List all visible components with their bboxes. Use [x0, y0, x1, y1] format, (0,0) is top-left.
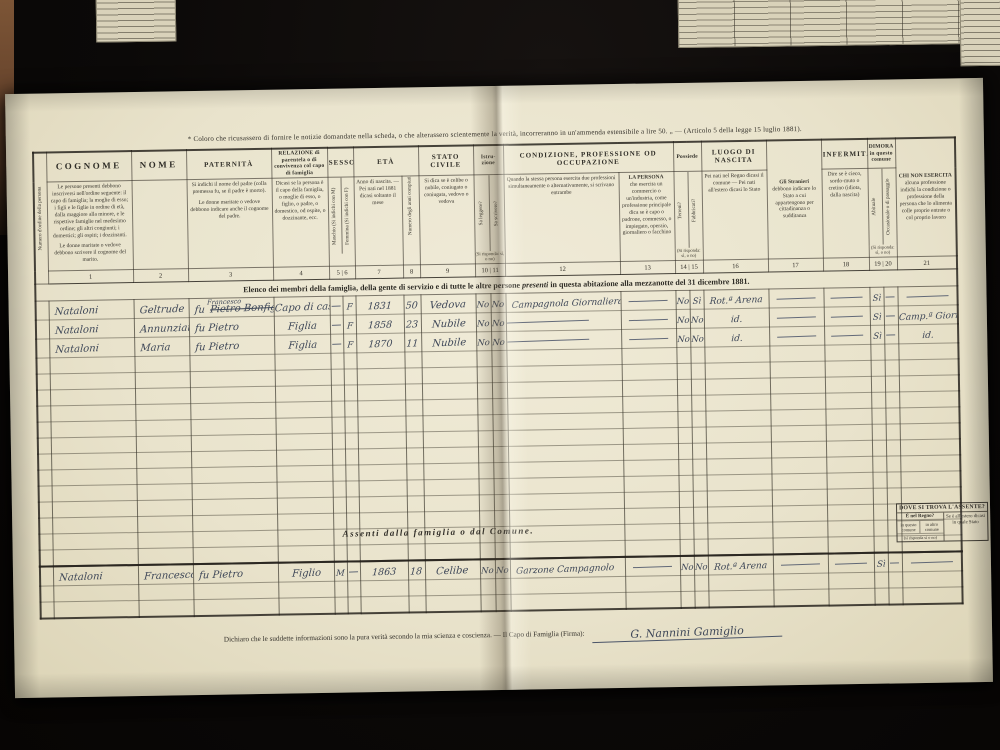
cell: [37, 374, 50, 390]
cell: [769, 307, 824, 327]
cell: Sì: [870, 325, 884, 344]
cell: [360, 580, 408, 597]
cell: [478, 431, 493, 447]
cell: [771, 457, 826, 474]
cell: [190, 386, 275, 403]
cell: [36, 358, 49, 374]
cell: [408, 596, 425, 613]
cell: [425, 595, 480, 612]
cell: [705, 394, 770, 411]
cell: [49, 357, 134, 374]
cell: [360, 596, 408, 613]
cell: [693, 491, 707, 507]
cell: [507, 412, 622, 430]
cell: [193, 582, 278, 599]
cell: [479, 479, 494, 495]
cell: [885, 392, 899, 408]
cell: [345, 465, 358, 481]
cell: [406, 432, 423, 448]
cell: [38, 438, 51, 454]
cell: [886, 456, 900, 472]
cell: [357, 400, 405, 417]
cell: [332, 433, 345, 449]
cell: [138, 600, 193, 617]
cell: 23: [404, 314, 421, 333]
cell: [492, 398, 507, 414]
cell: [477, 415, 492, 431]
cell: [52, 485, 137, 502]
cell: 50: [403, 295, 420, 314]
cell: [900, 439, 960, 456]
cell: fu Pietro: [189, 335, 274, 355]
cell: [333, 481, 346, 497]
cell: [900, 471, 960, 488]
column-number: 17: [768, 258, 823, 272]
cell: Figlia: [274, 334, 330, 354]
cell: [136, 452, 191, 469]
column-header-chi-non-esercita: CHI NON ESERCITAalcuna professione indic…: [895, 137, 957, 256]
cell: [359, 480, 407, 497]
cell: [707, 490, 772, 507]
cell: [871, 408, 885, 424]
cell: [275, 385, 331, 402]
head-of-family-signature: G. Nannini Gamiglio: [592, 623, 782, 643]
column-number: 9: [420, 264, 475, 278]
cell: [691, 379, 705, 395]
cell: [278, 581, 334, 598]
cell: 1858: [356, 314, 404, 334]
cell: [824, 325, 870, 345]
cell: No: [476, 332, 491, 351]
column-header-relazione: RELAZIONE di parentela o di convivenza c…: [271, 148, 327, 179]
cell: [625, 592, 680, 609]
cell: [190, 370, 275, 387]
cell: [886, 424, 900, 440]
cell: [35, 301, 48, 320]
column-desc-stato-civile: Si dica se è celibe o nubile, coniugato …: [418, 175, 474, 265]
cell: [334, 597, 347, 614]
cell: Celibe: [425, 559, 480, 579]
column-desc-nome: [132, 180, 188, 270]
column-number: 16: [703, 259, 768, 273]
cell: [620, 291, 675, 311]
cell: No: [676, 328, 690, 347]
cell: [622, 364, 677, 381]
cell: No: [480, 559, 495, 579]
cell: [677, 363, 691, 379]
cell: [278, 597, 334, 614]
cell: Rot.ª Arena: [703, 289, 768, 309]
cell: [422, 399, 477, 416]
column-sub-anno-nascita: Anno di nascita. — Pei nati nel 1881 dic…: [354, 176, 403, 265]
cell: [902, 571, 962, 588]
column-desc-relazione: Dicasi se la persona è il capo della fam…: [271, 178, 328, 268]
cell: [871, 360, 885, 376]
absent-location-box: DOVE SI TROVA L'ASSENTE? È nel Regno? in…: [896, 502, 989, 543]
cell: [824, 344, 870, 361]
cell: [51, 453, 136, 470]
cell: [37, 406, 50, 422]
cell: [406, 464, 423, 480]
cell: [344, 369, 357, 385]
cell: [480, 579, 495, 595]
cell: 18: [408, 560, 425, 580]
cell: No: [495, 559, 510, 579]
cell: [902, 587, 962, 604]
column-desc-luogo-nascita: Pei nati nel Regno dicasi il comune — Pe…: [701, 170, 767, 260]
cell: [691, 395, 705, 411]
cell: Nubile: [421, 313, 476, 333]
cell: [692, 459, 706, 475]
cell: [51, 421, 136, 438]
column-desc-infermita: Dire se è cieco, sordo-muto o cretino (i…: [821, 169, 868, 258]
cell: [873, 488, 887, 504]
cell: [480, 595, 495, 612]
cell: [50, 389, 135, 406]
cell: [39, 502, 52, 518]
cell: [358, 432, 406, 449]
cell: No: [490, 293, 505, 312]
declaration-line: Dichiaro che le suddette informazioni so…: [14, 621, 992, 651]
cell: [344, 385, 357, 401]
cell: [275, 369, 331, 386]
cell: Rot.ª Arena: [708, 554, 773, 575]
cell: [330, 315, 343, 334]
column-sub-dimora: AbitualeOccasionale o di passaggio (Si r…: [867, 168, 896, 257]
cell: [768, 288, 823, 308]
cell: [900, 455, 960, 472]
cell: [191, 466, 276, 483]
cell: [507, 396, 622, 414]
cell: id.: [898, 324, 958, 344]
cell: [408, 544, 425, 561]
cell: [40, 566, 53, 586]
cell: [358, 448, 406, 465]
cell: Geltrude: [133, 299, 188, 319]
cell: [871, 376, 885, 392]
cell: [624, 508, 679, 525]
cell: F: [343, 334, 356, 353]
column-number: 2: [133, 269, 188, 283]
cell: M: [334, 562, 347, 582]
cell: [330, 353, 343, 369]
cell: No: [675, 290, 689, 309]
cell: [769, 345, 824, 362]
cell: [50, 373, 135, 390]
cell: [705, 378, 770, 395]
cell: [826, 440, 872, 457]
cell: [827, 488, 873, 505]
cell: [898, 343, 958, 360]
cell: [492, 366, 507, 382]
cell: [425, 579, 480, 596]
cell: Figlio: [278, 562, 334, 582]
cell: Francesco: [138, 564, 193, 584]
cell: [346, 481, 359, 497]
cell: [477, 383, 492, 399]
cell: 1831: [355, 295, 403, 315]
cell: [135, 420, 190, 437]
cell: [192, 482, 277, 499]
cell: [771, 425, 826, 442]
cell: [480, 543, 495, 560]
cell: [331, 401, 344, 417]
cell: [870, 344, 884, 360]
cell: [507, 364, 622, 382]
cell: [424, 479, 479, 496]
cell: [190, 402, 275, 419]
cell: [506, 348, 621, 366]
cell: [492, 414, 507, 430]
cell: [680, 539, 694, 556]
cell: [508, 460, 623, 478]
cell: [38, 470, 51, 486]
cell: [824, 306, 870, 326]
cell: [828, 553, 874, 573]
cell: [191, 450, 276, 467]
cell: [707, 506, 772, 523]
cell: [357, 368, 405, 385]
cell: [706, 442, 771, 459]
cell: [510, 576, 625, 594]
cell: [677, 395, 691, 411]
cell: [53, 585, 138, 602]
column-header-paternita: PATERNITÀ: [186, 149, 271, 180]
cell: [421, 351, 476, 368]
column-number: 5 | 6: [329, 266, 355, 279]
cell: Garzone Campagnolo: [510, 557, 625, 578]
cell: [883, 287, 897, 306]
cell: [706, 458, 771, 475]
top-document-fragment: [678, 0, 967, 48]
cell: [872, 456, 886, 472]
top-document-fragment: [960, 0, 1000, 66]
column-header-eta: ETÀ: [353, 146, 418, 177]
cell: [329, 296, 342, 315]
column-desc-cognome: Le persone presenti debbono inscriversi …: [47, 181, 133, 271]
cell: [692, 427, 706, 443]
cell: [676, 347, 690, 363]
cell: [770, 393, 825, 410]
cell: F: [343, 315, 356, 334]
cell: [422, 383, 477, 400]
cell: [706, 474, 771, 491]
cell: Nataloni: [49, 319, 134, 339]
cell: [506, 329, 621, 350]
column-header-infermita: INFERMITÀ: [821, 139, 867, 170]
cell: [705, 410, 770, 427]
cell: [773, 554, 828, 574]
cell: [193, 598, 278, 616]
cell: [277, 497, 333, 514]
column-sub-anni-compiuti: Numero degli anni compiuti: [401, 176, 419, 265]
cell: [346, 513, 359, 529]
cell: [510, 592, 625, 610]
photo-background: * Coloro che ricusassero di fornire le n…: [0, 0, 1000, 750]
cell: [406, 448, 423, 464]
cell: No: [690, 328, 704, 347]
cell: [343, 353, 356, 369]
cell: [679, 491, 693, 507]
cell: [679, 507, 693, 523]
cell: [773, 573, 828, 590]
cell: [407, 496, 424, 512]
cell: [874, 588, 888, 605]
cell: [825, 392, 871, 409]
cell: [899, 407, 959, 424]
cell: [874, 536, 888, 553]
cell: [405, 384, 422, 400]
cell: [331, 369, 344, 385]
cell: [874, 572, 888, 588]
cell: [275, 401, 331, 418]
column-header-luogo-nascita: LUOGO DI NASCITA: [701, 141, 766, 172]
cell: [899, 391, 959, 408]
cell: [509, 476, 624, 494]
cell: [407, 480, 424, 496]
cell: Maria: [134, 337, 189, 357]
cell: [680, 575, 694, 591]
cell: [358, 464, 406, 481]
column-header-nome: NOME: [131, 150, 186, 181]
cell: [276, 465, 332, 482]
cell: Annunziata: [134, 318, 189, 338]
cell: [694, 575, 708, 591]
cell: [705, 362, 770, 379]
column-header-dimora: DIMORA in questo comune: [867, 138, 895, 168]
cell: [40, 586, 53, 602]
absent-col1-label: in questo comune: [897, 521, 919, 533]
cell: Sì: [870, 306, 884, 325]
column-number: 19 | 20: [869, 257, 897, 270]
column-header-istruzione: Istru-zione: [473, 145, 503, 175]
cell: [771, 441, 826, 458]
cell: [623, 428, 678, 445]
cell: [422, 415, 477, 432]
cell: [706, 426, 771, 443]
cell: [332, 465, 345, 481]
cell: [828, 572, 874, 589]
cell: [828, 588, 874, 605]
cell: [623, 476, 678, 493]
cell: [704, 346, 769, 363]
cell: [51, 469, 136, 486]
cell: [691, 411, 705, 427]
cell: Nataloni: [53, 565, 138, 586]
cell: [345, 433, 358, 449]
column-number: 13: [620, 261, 675, 275]
cell: Capo di casa: [273, 296, 329, 316]
cell: Nataloni: [49, 338, 134, 358]
cell: [506, 310, 621, 331]
cell: [495, 594, 510, 611]
cell: [623, 460, 678, 477]
cell: [136, 436, 191, 453]
cell: [138, 584, 193, 601]
cell: [770, 377, 825, 394]
cell: [275, 417, 331, 434]
cell: [888, 588, 902, 605]
cell: [678, 475, 692, 491]
cell: [885, 376, 899, 392]
cell: Sì: [869, 287, 883, 306]
cell: [137, 500, 192, 517]
cell: [826, 456, 872, 473]
cell: [871, 392, 885, 408]
cell: [344, 417, 357, 433]
column-number: 4: [273, 266, 329, 280]
cell: [678, 427, 692, 443]
cell: No: [491, 331, 506, 350]
cell: Vedova: [420, 294, 475, 314]
cell: Campagnola Giornaliera: [505, 291, 620, 312]
cell: [872, 424, 886, 440]
cell: [901, 487, 961, 504]
top-document-fragment: [96, 0, 177, 43]
cell: [678, 443, 692, 459]
column-header-possiede: Possiede: [673, 142, 701, 172]
cell: [899, 375, 959, 392]
cell: [493, 430, 508, 446]
column-number: 14 | 15: [675, 260, 703, 273]
column-number: 21: [897, 256, 957, 270]
cell: Sì: [689, 290, 703, 309]
cell: [771, 473, 826, 490]
cell: [407, 512, 424, 528]
cell: [677, 379, 691, 395]
cell: [332, 449, 345, 465]
cell: [192, 498, 277, 515]
cell: [885, 408, 899, 424]
cell: [897, 286, 957, 306]
cell: id.: [704, 327, 769, 347]
absent-col2-label: in altro comune: [920, 521, 943, 533]
cell: [621, 310, 676, 330]
cell: [677, 411, 691, 427]
cell: [694, 591, 708, 608]
cell: [424, 495, 479, 512]
cell: [494, 510, 509, 526]
cell: [508, 444, 623, 462]
cell: [347, 561, 360, 581]
cell: No: [680, 556, 694, 576]
cell: [827, 504, 873, 521]
cell: [135, 388, 190, 405]
cell: [52, 501, 137, 518]
cell: [507, 380, 622, 398]
cell: [899, 359, 959, 376]
cell: [900, 423, 960, 440]
cell: [476, 351, 491, 367]
cell: [36, 320, 49, 339]
cell: Sì: [874, 553, 888, 573]
cell: [331, 385, 344, 401]
cell: [493, 446, 508, 462]
cell: [708, 574, 773, 591]
column-sub-istruzione: Sa leggere?Sa scrivere? (Si risponda: sì…: [473, 175, 504, 264]
cell: [770, 409, 825, 426]
cell: [330, 334, 343, 353]
cell: [694, 539, 708, 556]
cell: [884, 325, 898, 344]
cell: [477, 367, 492, 383]
cell: [53, 601, 138, 619]
cell: [886, 472, 900, 488]
column-number: 8: [403, 265, 420, 278]
column-header-stranieri: Gli Stranieridebbono indicare lo Stato a…: [766, 140, 823, 259]
cell: [331, 417, 344, 433]
cell: No: [475, 294, 490, 313]
